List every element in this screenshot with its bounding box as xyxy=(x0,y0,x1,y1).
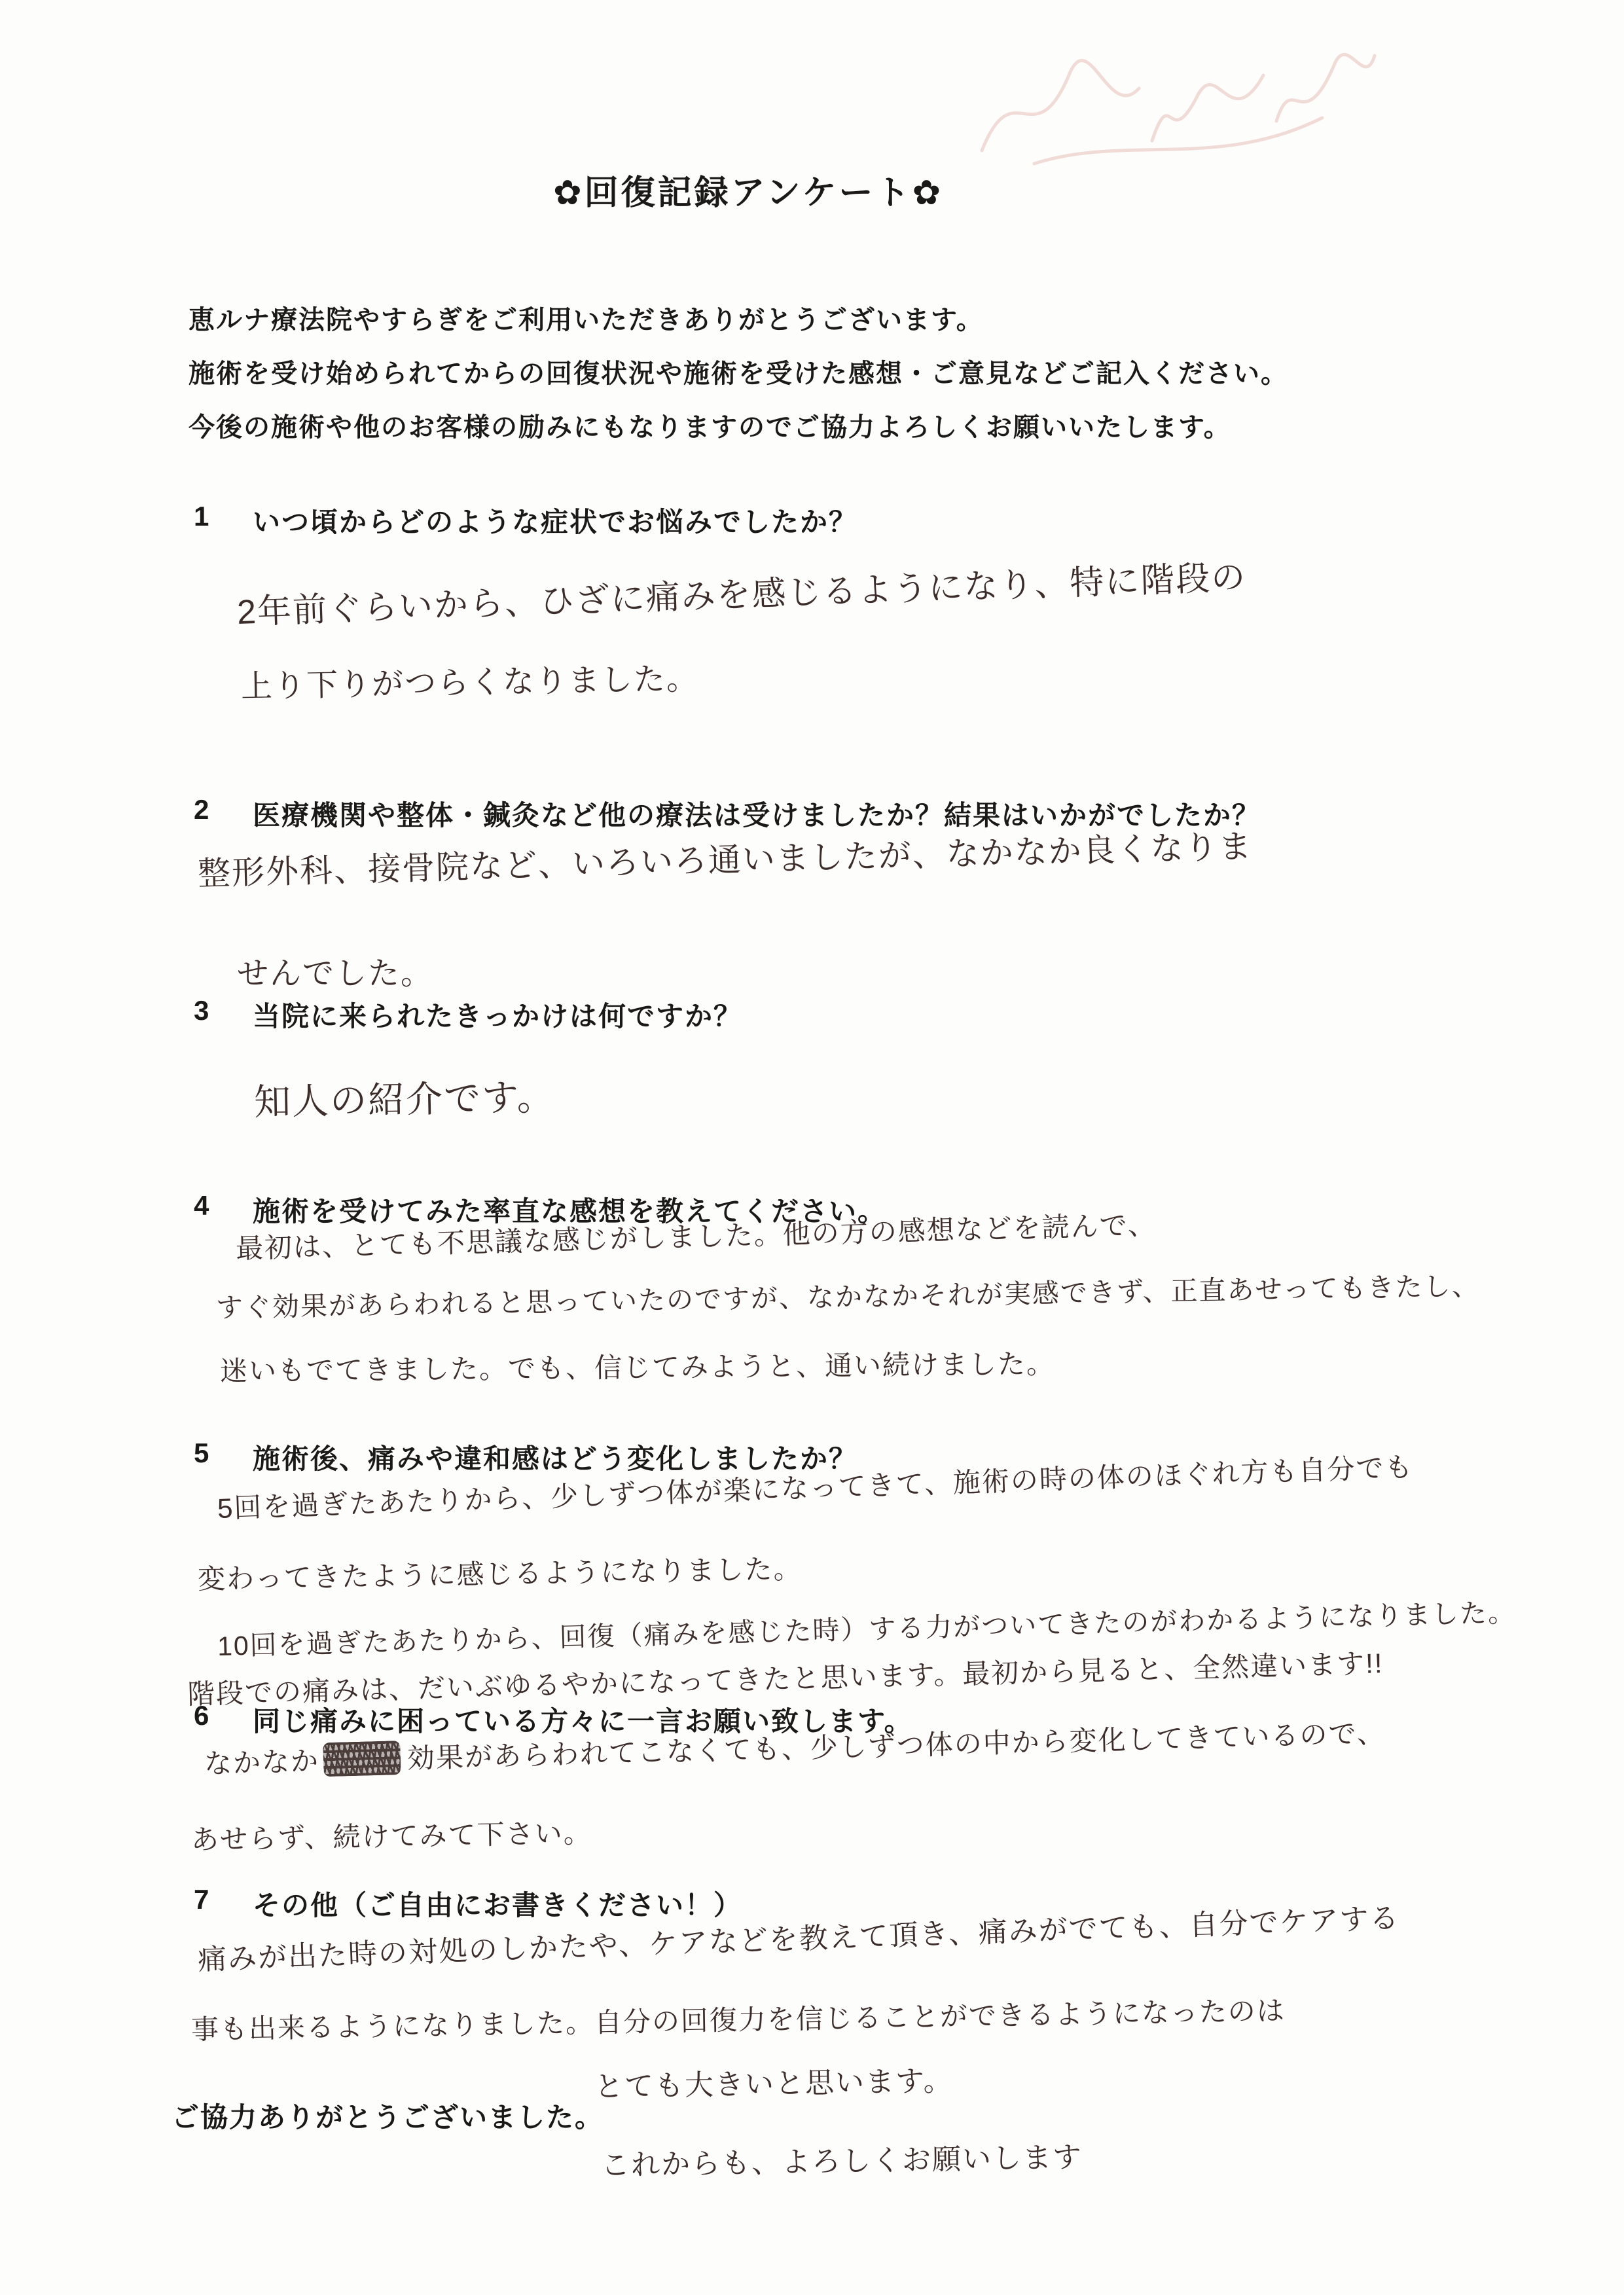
intro-paragraph: 恵ルナ療法院やすらぎをご利用いただきありがとうございます。 施術を受け始められて… xyxy=(189,293,1288,454)
question-7-number: 7 xyxy=(194,1884,210,1915)
scribbled-out-text xyxy=(323,1741,401,1777)
question-4-answer-line-3: 迷いもでてきました。でも、信じてみようと、通い続けました。 xyxy=(220,1343,1055,1389)
question-4-number: 4 xyxy=(194,1190,210,1221)
question-5-answer-line-2: 変わってきたように感じるようになりました。 xyxy=(197,1547,803,1597)
question-6-number: 6 xyxy=(194,1700,210,1731)
question-3-number: 3 xyxy=(194,995,210,1026)
scanned-survey-page: ✿回復記録アンケート✿ 恵ルナ療法院やすらぎをご利用いただきありがとうございます… xyxy=(0,0,1624,2295)
faint-pen-scribble xyxy=(936,10,1407,187)
question-1-label: いつ頃からどのような症状でお悩みでしたか？ xyxy=(253,501,857,540)
question-3-label: 当院に来られたきっかけは何ですか？ xyxy=(253,995,742,1034)
question-2-answer-line-2: せんでした。 xyxy=(237,948,433,993)
question-3-answer-line-1: 知人の紹介です。 xyxy=(253,1068,555,1126)
question-6-answer-line-2: あせらず、続けてみて下さい。 xyxy=(190,1811,592,1858)
question-7-answer-line-4: これからも、よろしくお願いします xyxy=(600,2133,1083,2184)
thank-you-footer: ご協力ありがとうございました。 xyxy=(171,2096,604,2135)
question-7-answer-line-2: 事も出来るようになりました。自分の回復力を信じることができるようになったのは xyxy=(190,1989,1286,2048)
survey-title: ✿回復記録アンケート✿ xyxy=(553,165,943,214)
question-6-answer-before-scribble: なかなか xyxy=(204,1745,319,1779)
question-4-answer-line-2: すぐ効果があらわれると思っていたのですが、なかなかそれが実感できず、正直あせって… xyxy=(215,1264,1480,1325)
question-1-answer-line-2: 上り下りがつらくなりました。 xyxy=(240,653,699,706)
intro-line-2: 施術を受け始められてからの回復状況や施術を受けた感想・ご意見などご記入ください。 xyxy=(189,347,1288,401)
question-7-answer-line-3: とても大きいと思います。 xyxy=(594,2057,954,2105)
question-2-number: 2 xyxy=(194,794,210,825)
question-5-number: 5 xyxy=(194,1437,210,1469)
question-1-answer-line-1: 2年前ぐらいから、ひざに痛みを感じるようになり、特に階段の xyxy=(236,549,1248,634)
question-1-number: 1 xyxy=(194,501,210,532)
intro-line-1: 恵ルナ療法院やすらぎをご利用いただきありがとうございます。 xyxy=(189,293,1288,347)
question-7-label: その他（ご自由にお書きください！） xyxy=(253,1884,742,1923)
intro-line-3: 今後の施術や他のお客様の励みにもなりますのでご協力よろしくお願いいたします。 xyxy=(189,401,1288,454)
